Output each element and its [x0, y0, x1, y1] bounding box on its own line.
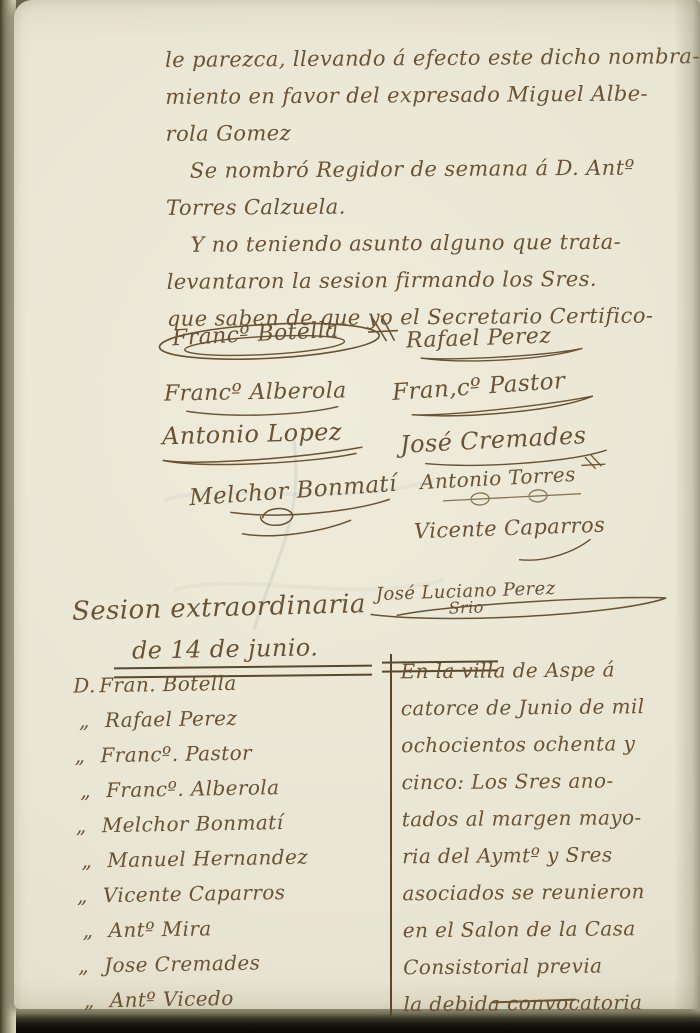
signature-name: Francº Alberola	[164, 378, 347, 406]
attendees-margin-list: D.Fran. Botella „Rafael Perez „Francº. P…	[73, 663, 384, 1018]
attendee-prefix: „	[82, 913, 109, 948]
book-page-scan: le parezca, llevando á efecto este dicho…	[0, 0, 700, 1033]
attendee-name: Francº. Pastor	[100, 741, 252, 768]
attendee-row: „Melchor Bonmatí	[75, 803, 381, 843]
signature-alberola: Francº Alberola	[164, 378, 347, 406]
signature-perez: Rafael Perez	[406, 323, 552, 353]
attendee-row: „Francº. Alberola	[80, 768, 381, 808]
attendee-row: „Vicente Caparros	[77, 873, 383, 913]
attendee-name: Francº. Alberola	[106, 775, 280, 802]
signature-flourish	[514, 537, 595, 566]
body-line: en el Salon de la Casa	[403, 910, 700, 950]
attendee-prefix: „	[79, 703, 106, 738]
attendee-name: Antº Vicedo	[110, 986, 234, 1012]
margin-divider-rule	[390, 654, 392, 1016]
signature-pastor: Fran,cº Pastor	[391, 368, 566, 406]
attendee-prefix: „	[80, 773, 107, 808]
body-line: la debida convocatoria	[403, 984, 700, 1024]
session-title: Sesion extraordinaria	[72, 589, 367, 627]
attendee-prefix: „	[81, 843, 108, 878]
signature-caparros: Vicente Caparros	[414, 513, 606, 544]
body-line: Consistorial previa	[403, 947, 700, 987]
closing-line: miento en favor del expresado Miguel Alb…	[165, 75, 700, 116]
closing-line: levantaron la sesion firmando los Sres.	[167, 260, 700, 301]
signature-name: Antonio Lopez	[162, 418, 343, 451]
signature-botella: Francº Botella	[171, 318, 339, 352]
body-line: tados al margen mayo-	[402, 799, 700, 839]
attendee-row: „Francº. Pastor	[74, 733, 380, 773]
attendee-prefix: „	[75, 808, 102, 843]
attendee-row: „Rafael Perez	[79, 698, 380, 738]
closing-line: Torres Calzuela.	[166, 186, 700, 227]
attendee-name: Vicente Caparros	[103, 880, 286, 907]
session-body-text: En la villa de Aspe á catorce de Junio d…	[400, 651, 700, 1024]
attendee-row: D.Fran. Botella	[73, 663, 379, 703]
attendee-prefix: „	[74, 738, 101, 773]
attendee-name: Jose Cremades	[104, 950, 261, 977]
signature-cremades: José Cremades	[399, 421, 587, 459]
attendee-name: Antº Mira	[108, 916, 211, 942]
signature-lopez: Antonio Lopez	[162, 418, 343, 451]
body-line: catorce de Junio de mil	[401, 688, 700, 728]
attendee-row: „Antº Vicedo	[83, 978, 384, 1018]
body-line: cinco: Los Sres ano-	[401, 762, 700, 802]
body-line: ria del Aymtº y Sres	[402, 836, 700, 876]
attendee-row: „Manuel Hernandez	[81, 838, 382, 878]
attendee-prefix: „	[77, 878, 104, 913]
attendee-row: „Jose Cremades	[78, 943, 384, 983]
closing-line: Se nombró Regidor de semana á D. Antº	[166, 149, 700, 190]
closing-line: Y no teniendo asunto alguno que trata-	[166, 223, 700, 264]
signature-secretary: José Luciano Perez Srio	[375, 578, 556, 620]
attendee-name: Fran. Botella	[99, 671, 237, 697]
manuscript-page: le parezca, llevando á efecto este dicho…	[14, 0, 700, 1009]
closing-line: rola Gomez	[165, 112, 700, 153]
attendee-prefix: „	[83, 983, 110, 1018]
signature-name: Rafael Perez	[406, 323, 552, 353]
closing-line: le parezca, llevando á efecto este dicho…	[165, 38, 700, 79]
body-line: ochocientos ochenta y	[401, 725, 700, 765]
attendee-name: Manuel Hernandez	[107, 845, 308, 873]
attendee-prefix: „	[78, 948, 105, 983]
body-line: asociados se reunieron	[402, 873, 700, 913]
attendee-row: „Antº Mira	[82, 908, 383, 948]
signature-bonmati: Melchor Bonmatí	[188, 471, 397, 511]
attendee-name: Melchor Bonmatí	[101, 810, 283, 837]
closing-paragraphs: le parezca, llevando á efecto este dicho…	[165, 38, 700, 338]
attendee-name: Rafael Perez	[105, 706, 238, 732]
attendee-prefix: D.	[73, 668, 100, 703]
session-date: de 14 de junio.	[132, 633, 319, 664]
body-line: En la villa de Aspe á	[400, 651, 700, 691]
